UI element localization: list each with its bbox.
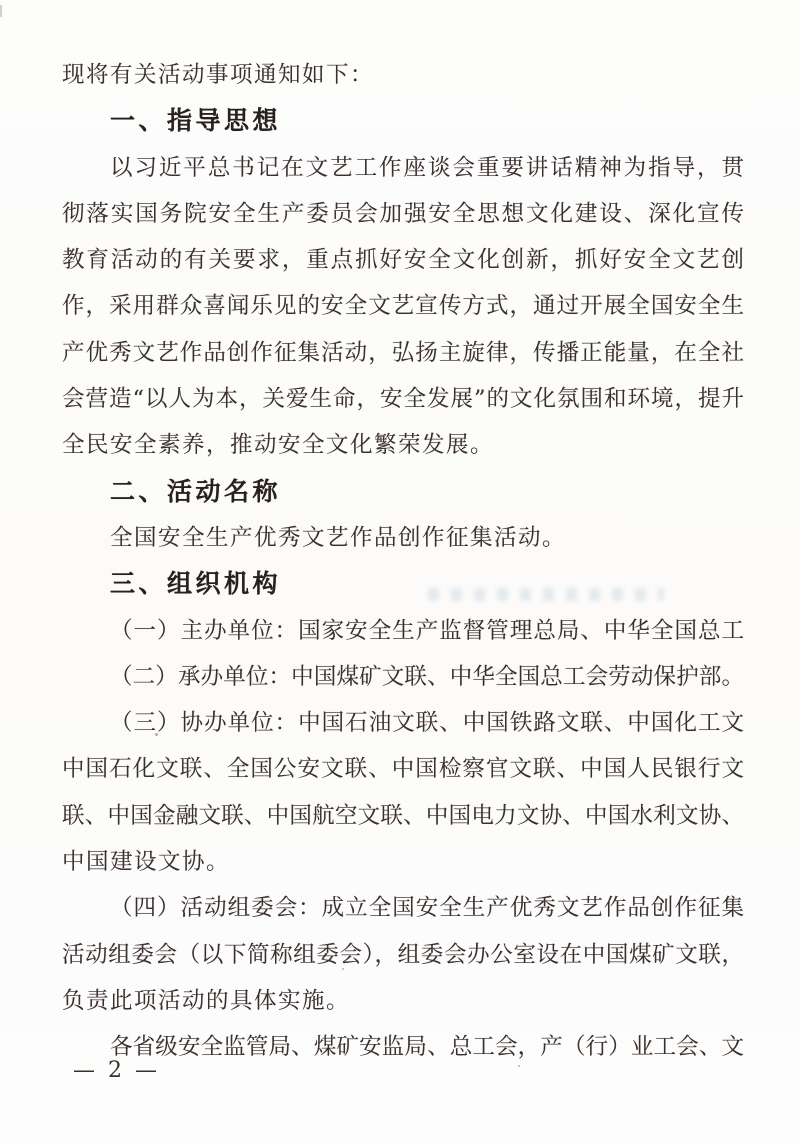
text-line: 中国建设文协。: [62, 839, 744, 885]
text-line: 全国安全生产优秀文艺作品创作征集活动。: [62, 515, 744, 561]
page-number: — 2 —: [73, 1056, 160, 1086]
text-line: 作，采用群众喜闻乐见的安全文艺宣传方式，通过开展全国安全生: [62, 283, 744, 329]
text-line: （二）承办单位：中国煤矿文联、中华全国总工会劳动保护部。: [62, 654, 744, 700]
text-line: （三）协办单位：中国石油文联、中国铁路文联、中国化工文联、: [62, 700, 744, 746]
scanned-document-page: 现将有关活动事项通知如下： 一、指导思想 以习近平总书记在文艺工作座谈会重要讲话…: [0, 0, 800, 1143]
text-line: 教育活动的有关要求，重点抓好安全文化创新，抓好安全文艺创: [62, 237, 744, 283]
text-line: （四）活动组委会：成立全国安全生产优秀文艺作品创作征集: [62, 885, 744, 931]
text-line: 各省级安全监管局、煤矿安监局、总工会，产（行）业工会、文联: [62, 1024, 744, 1070]
scan-edge-artifact: [0, 5, 2, 17]
section-1-heading: 一、指导思想: [62, 98, 744, 144]
scan-speck: [518, 1065, 520, 1067]
text-line: 活动组委会（以下简称组委会），组委会办公室设在中国煤矿文联，: [62, 932, 744, 978]
text-line: 会营造“以人为本，关爱生命，安全发展”的文化氛围和环境，提升: [62, 376, 744, 422]
text-line: （一）主办单位：国家安全生产监督管理总局、中华全国总工会。: [62, 608, 744, 654]
text-line: 中国石化文联、全国公安文联、中国检察官文联、中国人民银行文: [62, 746, 744, 792]
section-2-heading: 二、活动名称: [62, 469, 744, 515]
scan-speck: [155, 733, 158, 736]
text-line: 彻落实国务院安全生产委员会加强安全思想文化建设、深化宣传: [62, 191, 744, 237]
text-line: 联、中国金融文联、中国航空文联、中国电力文协、中国水利文协、: [62, 793, 744, 839]
text-line: 以习近平总书记在文艺工作座谈会重要讲话精神为指导，贯: [62, 145, 744, 191]
document-body: 现将有关活动事项通知如下： 一、指导思想 以习近平总书记在文艺工作座谈会重要讲话…: [62, 52, 744, 1071]
bleed-through-ghost: [428, 588, 664, 601]
text-line: 全民安全素养，推动安全文化繁荣发展。: [62, 422, 744, 468]
intro-line: 现将有关活动事项通知如下：: [62, 52, 744, 98]
text-line: 负责此项活动的具体实施。: [62, 978, 744, 1024]
text-line: 产优秀文艺作品创作征集活动，弘扬主旋律，传播正能量，在全社: [62, 330, 744, 376]
scan-speck: [342, 968, 344, 970]
